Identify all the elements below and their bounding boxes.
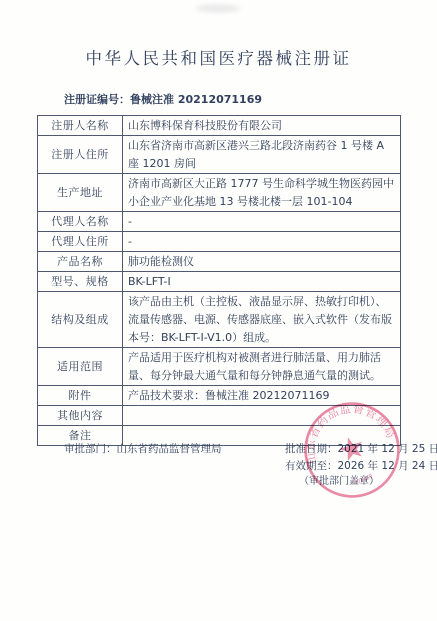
table-row: 产品名称 肺功能检测仪	[38, 252, 401, 272]
row-label-cell: 注册人名称	[38, 116, 123, 136]
valid-until-date: 有效期至：2026 年 12 月 24 日	[285, 458, 437, 475]
table-row: 注册人名称 山东博科保育科技股份有限公司	[38, 116, 401, 136]
row-value-cell: 山东博科保育科技股份有限公司	[123, 116, 401, 136]
certificate-page: 中华人民共和国医疗器械注册证 注册证编号：鲁械注准 20212071169 注册…	[0, 0, 437, 621]
row-label-cell: 附件	[38, 386, 123, 406]
seal-note: （审批部门盖章）	[299, 474, 437, 491]
row-value-cell: -	[123, 232, 401, 252]
row-value-cell: 济南市高新区大正路 1777 号生命科学城生物医药园中小企业产业化基地 13 号…	[123, 174, 401, 212]
row-label-cell: 结构及组成	[38, 292, 123, 348]
table-row: 其他内容	[38, 406, 401, 426]
registration-table: 注册人名称 山东博科保育科技股份有限公司 注册人住所 山东省济南市高新区港兴三路…	[37, 115, 401, 446]
table-row: 适用范围 产品适用于医疗机构对被测者进行肺活量、用力肺活量、每分钟最大通气量和每…	[38, 348, 401, 386]
row-value-cell: -	[123, 212, 401, 232]
row-value-cell: 产品技术要求：鲁械注准 20212071169	[123, 386, 401, 406]
approval-date: 批准日期：2021 年 12 月 25 日	[285, 441, 437, 458]
table-row: 生产地址 济南市高新区大正路 1777 号生命科学城生物医药园中小企业产业化基地…	[38, 174, 401, 212]
approval-dates-block: 批准日期：2021 年 12 月 25 日 有效期至：2026 年 12 月 2…	[285, 441, 437, 491]
row-value-cell: 产品适用于医疗机构对被测者进行肺活量、用力肺活量、每分钟最大通气量和每分钟静息通…	[123, 348, 401, 386]
row-label-cell: 产品名称	[38, 252, 123, 272]
table-row: 代理人住所 -	[38, 232, 401, 252]
certificate-number-line: 注册证编号：鲁械注准 20212071169	[64, 91, 262, 107]
table-row: 结构及组成 该产品由主机（主控板、液晶显示屏、热敏打印机）、流量传感器、电源、传…	[38, 292, 401, 348]
row-value-cell: 山东省济南市高新区港兴三路北段济南药谷 1 号楼 A 座 1201 房间	[123, 136, 401, 174]
table-row: 附件 产品技术要求：鲁械注准 20212071169	[38, 386, 401, 406]
row-label-cell: 注册人住所	[38, 136, 123, 174]
row-label-cell: 代理人名称	[38, 212, 123, 232]
row-label-cell: 适用范围	[38, 348, 123, 386]
approval-department: 审批部门：山东省药品监督管理局	[64, 441, 222, 456]
row-value-cell: 肺功能检测仪	[123, 252, 401, 272]
scan-smudge	[196, 4, 240, 13]
row-label-cell: 型号、规格	[38, 272, 123, 292]
row-value-cell: 该产品由主机（主控板、液晶显示屏、热敏打印机）、流量传感器、电源、传感器底座、嵌…	[123, 292, 401, 348]
row-label-cell: 其他内容	[38, 406, 123, 426]
row-value-cell	[123, 406, 401, 426]
row-label-cell: 生产地址	[38, 174, 123, 212]
row-value-cell: BK-LFT-I	[123, 272, 401, 292]
table-row: 代理人名称 -	[38, 212, 401, 232]
table-row: 注册人住所 山东省济南市高新区港兴三路北段济南药谷 1 号楼 A 座 1201 …	[38, 136, 401, 174]
page-title: 中华人民共和国医疗器械注册证	[0, 45, 437, 69]
table-row: 型号、规格 BK-LFT-I	[38, 272, 401, 292]
row-label-cell: 代理人住所	[38, 232, 123, 252]
